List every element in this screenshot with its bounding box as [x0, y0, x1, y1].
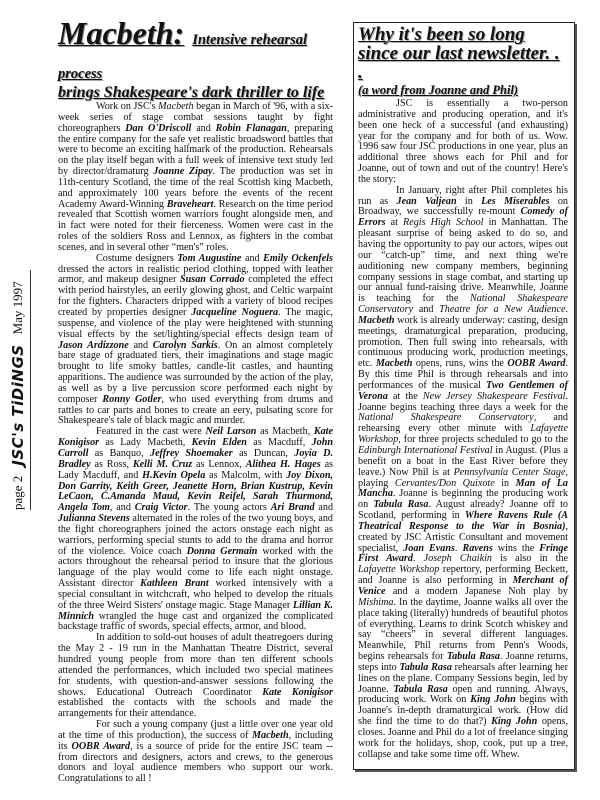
issue-date: May 1997: [10, 281, 26, 334]
paragraph: Costume designers Tom Augustine and Emil…: [58, 254, 333, 428]
paragraph: In addition to sold-out houses of adult …: [58, 633, 333, 720]
newsletter-logo: JSC's TiDiNGS: [9, 344, 27, 465]
article-body: Work on JSC's Macbeth began in March of …: [58, 102, 333, 785]
paragraph: For such a young company (just a little …: [58, 720, 333, 785]
macbeth-article: Macbeth: Intensive rehearsal process bri…: [58, 17, 333, 785]
article-headline: Macbeth: Intensive rehearsal process bri…: [58, 17, 333, 102]
paragraph: Work on JSC's Macbeth began in March of …: [58, 102, 333, 254]
paragraph: In January, right after Phil completes h…: [358, 186, 568, 761]
sidebar-box: Why it's been so long since our last new…: [353, 22, 575, 770]
page-number: page 2: [10, 476, 26, 510]
page-footer-vertical: page 2 JSC's TiDiNGS May 1997: [6, 270, 30, 510]
sidebar-box-body: JSC is essentially a two-person administ…: [358, 99, 568, 760]
sidebar-box-subtitle: (a word from Joanne and Phil): [358, 83, 568, 98]
sidebar-box-title: Why it's been so long since our last new…: [358, 25, 568, 82]
paragraph: Featured in the cast were Neil Larson as…: [58, 427, 333, 633]
headline-subtitle-line2: brings Shakespeare's dark thriller to li…: [58, 85, 333, 102]
headline-title: Macbeth:: [58, 15, 184, 51]
paragraph: JSC is essentially a two-person administ…: [358, 99, 568, 186]
